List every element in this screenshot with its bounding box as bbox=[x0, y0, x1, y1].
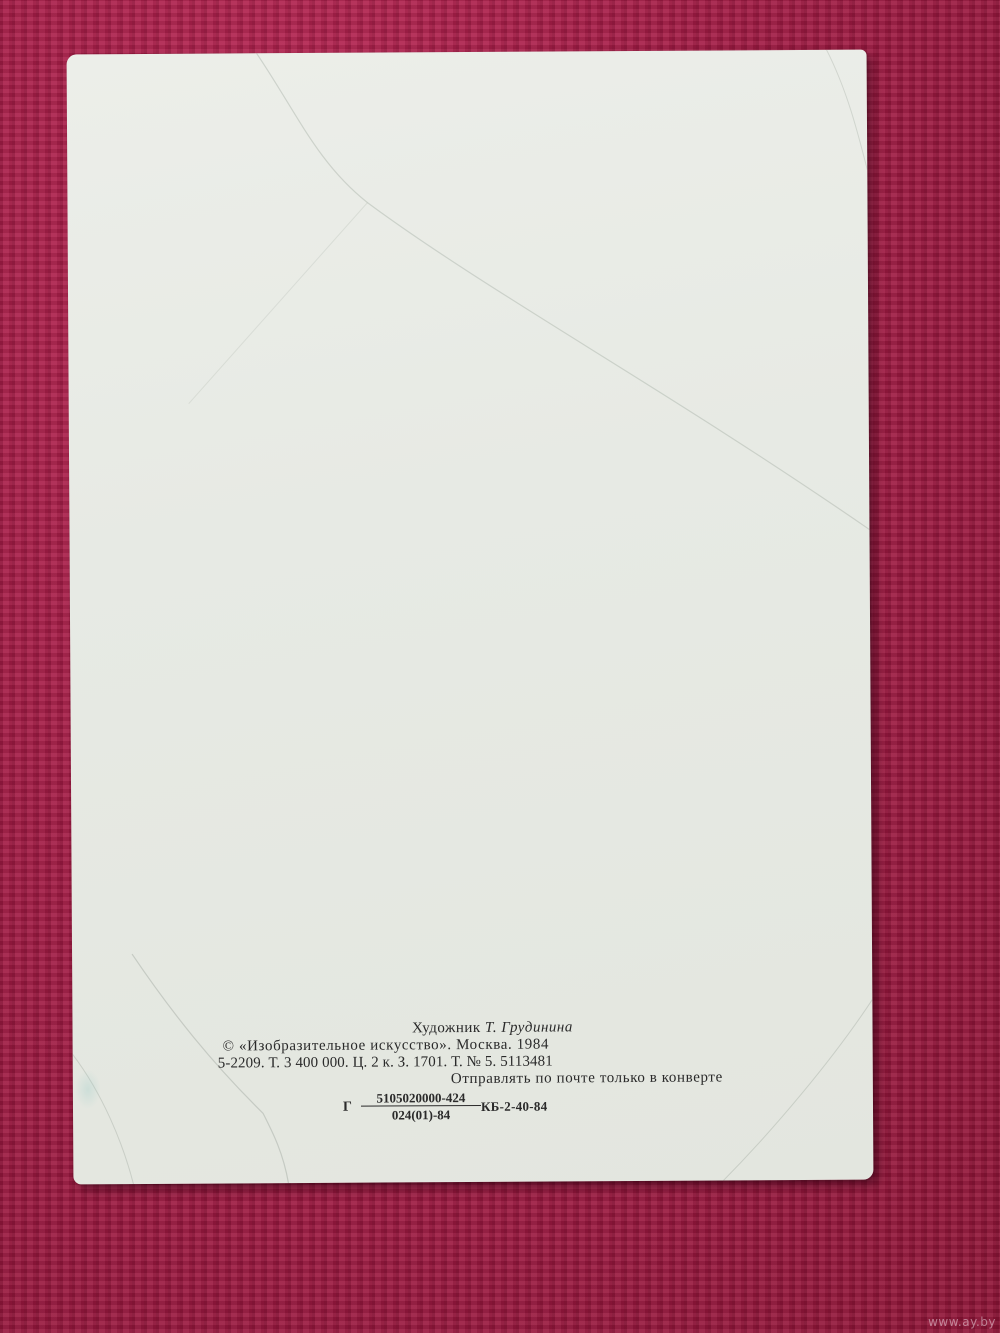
catalog-code: Г 5105020000-424 024(01)-84 КБ-2-40-84 bbox=[213, 1088, 753, 1127]
mail-note: Отправлять по почте только в конверте bbox=[213, 1069, 753, 1089]
crease-lines bbox=[67, 50, 874, 1185]
code-suffix: КБ-2-40-84 bbox=[481, 1098, 548, 1115]
stain-mark bbox=[75, 1069, 101, 1109]
artist-label: Художник bbox=[412, 1020, 481, 1036]
code-denominator: 024(01)-84 bbox=[361, 1106, 481, 1124]
watermark: www.ay.by bbox=[928, 1315, 996, 1329]
publisher-imprint: Художник Т. Грудинина © «Изобразительное… bbox=[212, 1018, 753, 1127]
code-fraction: 5105020000-424 024(01)-84 bbox=[361, 1090, 481, 1124]
artist-name: Т. Грудинина bbox=[485, 1019, 573, 1036]
publisher-text: «Изобразительное искусство». Москва. 198… bbox=[239, 1037, 549, 1055]
code-letter: Г bbox=[343, 1099, 352, 1116]
postcard-back: Художник Т. Грудинина © «Изобразительное… bbox=[67, 50, 874, 1185]
code-numerator: 5105020000-424 bbox=[361, 1090, 481, 1107]
copyright-icon: © bbox=[223, 1038, 235, 1054]
